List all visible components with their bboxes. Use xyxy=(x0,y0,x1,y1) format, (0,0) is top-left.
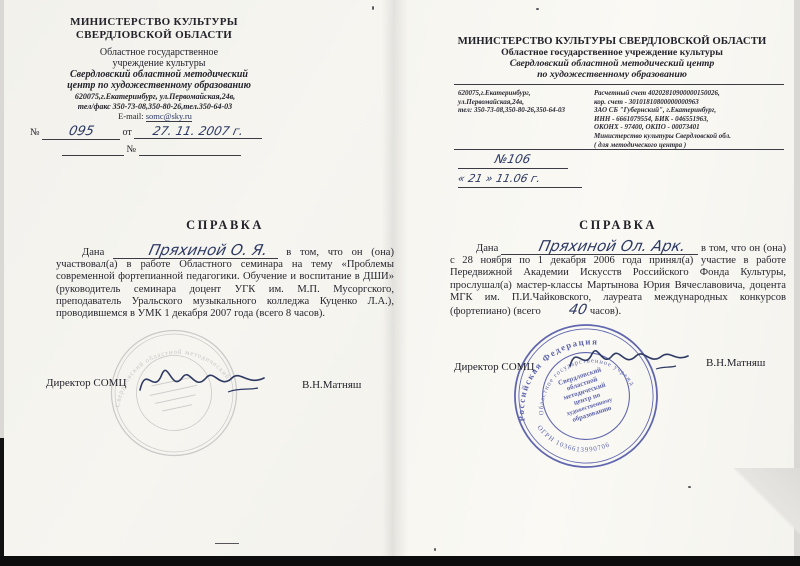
left-number-line2: № xyxy=(62,144,362,156)
right-req-line6: Министерство культуры Свердловской обл. xyxy=(594,132,784,141)
scan-speck xyxy=(536,8,539,10)
right-address-line2: ул.Первомайская,24в, xyxy=(458,98,598,107)
left-no2-label: № xyxy=(127,144,137,155)
right-req-line7: ( для методического центра ) xyxy=(594,141,784,150)
left-body-paragraph: Дана Пряхиной О. Я. в том, что он (она) … xyxy=(56,244,394,320)
page-fold-shadow xyxy=(382,0,408,556)
scan-speck xyxy=(215,543,239,544)
right-req-line4: ИНН - 6661079554, БИК - 046551963, xyxy=(594,115,784,124)
left-email-label: E-mail: xyxy=(118,111,144,121)
left-address-line1: 620075,г.Екатеринбург, ул.Первомайская,2… xyxy=(30,92,280,102)
left-center-line2: центр по художественному образованию xyxy=(34,80,284,91)
scanned-certificates: МИНИСТЕРСТВО КУЛЬТУРЫ СВЕРДЛОВСКОЙ ОБЛАС… xyxy=(0,0,800,566)
right-director-name: В.Н.Матняш xyxy=(706,357,765,369)
right-req-line2: кор. счет - 30101810800000000963 xyxy=(594,98,784,107)
scan-speck xyxy=(372,6,374,10)
left-dana-label: Дана xyxy=(82,247,104,258)
right-req-line5: ОКОНХ - 97400, ОКПО - 00073401 xyxy=(594,123,784,132)
right-center-line1: Свердловский областной методический цент… xyxy=(442,58,782,69)
right-address-column: 620075,г.Екатеринбург, ул.Первомайская,2… xyxy=(458,89,598,115)
left-address-block: 620075,г.Екатеринбург, ул.Первомайская,2… xyxy=(30,92,280,122)
left-doc-number-handwritten: 095 xyxy=(67,124,95,139)
right-doc-date-handwritten: « 21 » 11.06 г. xyxy=(457,172,542,185)
left-ot-label: от xyxy=(123,127,132,138)
left-ministry-heading: МИНИСТЕРСТВО КУЛЬТУРЫ СВЕРДЛОВСКОЙ ОБЛАС… xyxy=(34,16,274,41)
right-header-rule-top xyxy=(454,84,784,85)
right-title: СПРАВКА xyxy=(450,218,786,233)
left-number-line: № 095 от 27. 11. 2007 г. xyxy=(30,124,330,140)
left-org-heading: Областное государственное учреждение кул… xyxy=(34,47,284,91)
left-email-value: somc@sky.ru xyxy=(146,111,192,122)
right-requisites-column: Расчетный счет 40202810900000150026, кор… xyxy=(594,89,784,149)
right-ministry-line: МИНИСТЕРСТВО КУЛЬТУРЫ СВЕРДЛОВСКОЙ ОБЛАС… xyxy=(442,36,782,47)
left-no-label: № xyxy=(30,127,40,138)
right-round-stamp: Российская Федерация Областное государст… xyxy=(493,303,679,489)
left-director-name: В.Н.Матняш xyxy=(302,379,361,391)
right-req-line1: Расчетный счет 40202810900000150026, xyxy=(594,89,784,98)
left-recipient-name-handwritten: Пряхиной О. Я. xyxy=(122,244,269,256)
scan-edge-bottom xyxy=(0,556,800,566)
bottom-right-fold xyxy=(660,468,800,556)
left-title: СПРАВКА xyxy=(56,218,394,233)
left-director-signature xyxy=(132,352,282,404)
scan-edge-left xyxy=(0,438,4,556)
left-ministry-line1: МИНИСТЕРСТВО КУЛЬТУРЫ xyxy=(34,16,274,29)
left-org-line2: учреждение культуры xyxy=(34,58,284,69)
left-director-label: Директор СОМЦ xyxy=(46,377,126,389)
left-address-line2: тел/факс 350-73-08,350-80-26,тел.350-64-… xyxy=(30,102,280,112)
left-center-line1: Свердловский областной методический xyxy=(34,69,284,80)
right-ministry-heading: МИНИСТЕРСТВО КУЛЬТУРЫ СВЕРДЛОВСКОЙ ОБЛАС… xyxy=(442,36,782,80)
left-ministry-line2: СВЕРДЛОВСКОЙ ОБЛАСТИ xyxy=(34,29,274,42)
right-hours-handwritten: 40 xyxy=(542,304,588,316)
left-doc-date-handwritten: 27. 11. 2007 г. xyxy=(152,124,245,138)
right-center-line2: по художественному образованию xyxy=(442,69,782,80)
right-org-line: Областное государственное учреждение кул… xyxy=(442,47,782,58)
right-req-line3: ЗАО СБ "Губернский", г.Екатеринбург, xyxy=(594,106,784,115)
right-director-label: Директор СОМЦ xyxy=(454,361,534,373)
right-number-block: №106 « 21 » 11.06 г. xyxy=(458,150,608,188)
right-address-line1: 620075,г.Екатеринбург, xyxy=(458,89,598,98)
left-org-line1: Областное государственное xyxy=(34,47,284,58)
scan-speck xyxy=(688,486,691,488)
right-doc-number-handwritten: №106 xyxy=(494,152,532,166)
right-director-signature xyxy=(564,334,694,378)
scan-speck xyxy=(434,548,436,551)
left-certificate-page: МИНИСТЕРСТВО КУЛЬТУРЫ СВЕРДЛОВСКОЙ ОБЛАС… xyxy=(4,0,394,556)
right-dana-label: Дана xyxy=(476,243,498,254)
right-recipient-name-handwritten: Пряхиной Ол. Арк. xyxy=(512,240,687,252)
right-address-line3: тел: 350-73-08,350-80-26,350-64-03 xyxy=(458,106,598,115)
